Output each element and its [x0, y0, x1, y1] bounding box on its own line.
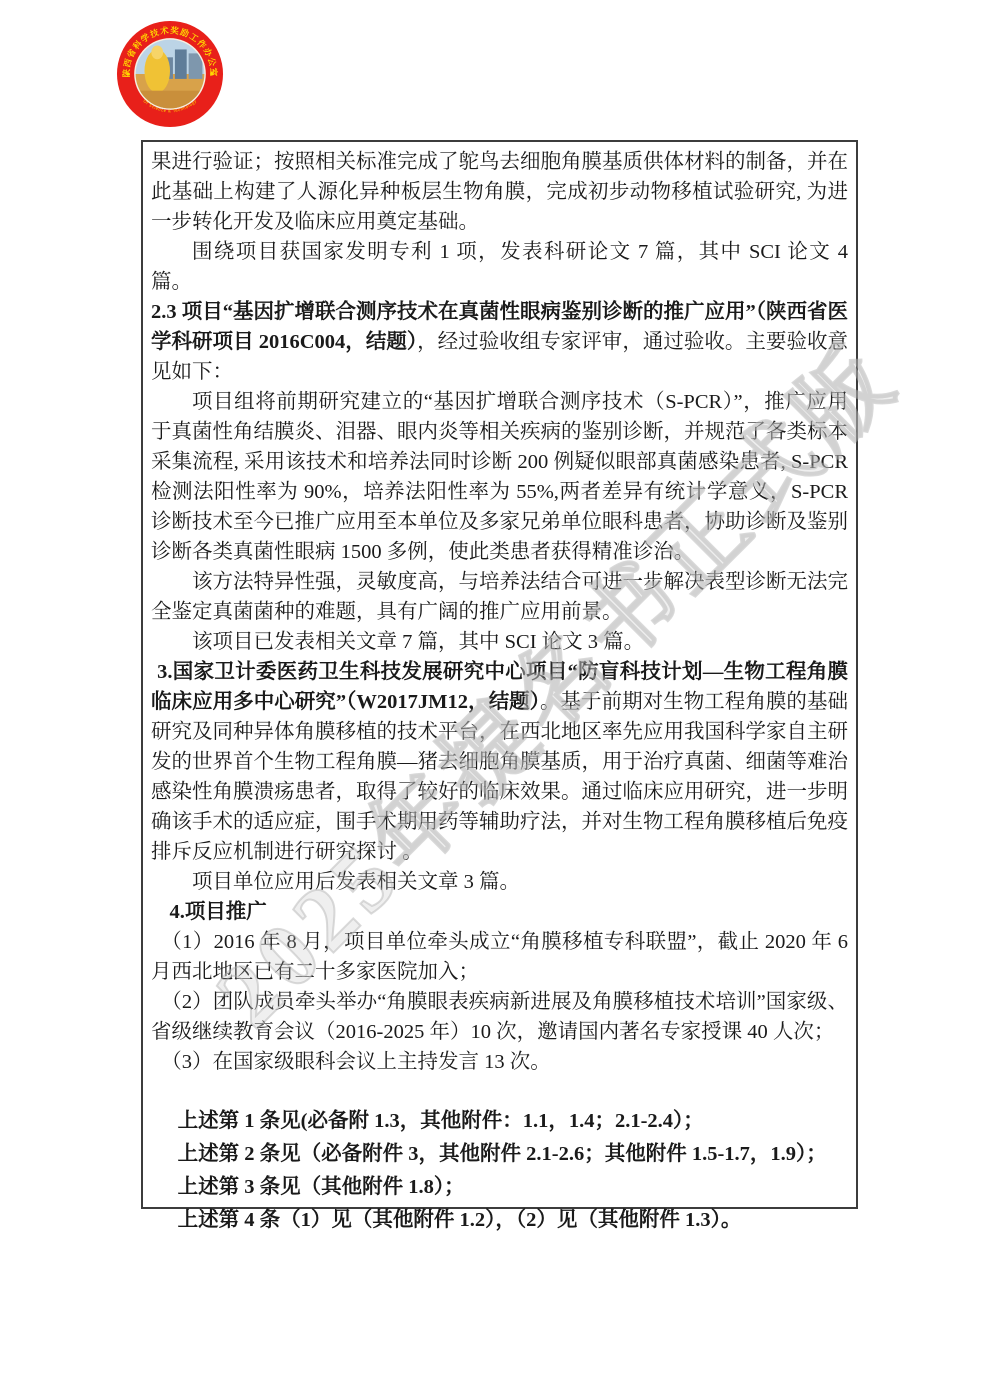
org-seal-logo: 陕西省科学技术奖励工作办公室 Of Science & Technology: [116, 20, 224, 128]
reference-text: 上述第 1 条见(必备附 1.3，其他附件：1.1，1.4；2.1-2.4）；: [178, 1110, 704, 1132]
paragraph-text: 项目单位应用后发表相关文章 3 篇。: [192, 871, 520, 893]
paragraph: 项目组将前期研究建立的“基因扩增联合测序技术（S-PCR）”，推广应用于真菌性角…: [151, 387, 848, 567]
attachment-references: 上述第 1 条见(必备附 1.3，其他附件：1.1，1.4；2.1-2.4）； …: [151, 1105, 848, 1237]
list-item: （1）2016 年 8 月，项目单位牵头成立“角膜移植专科联盟”，截止 2020…: [151, 927, 848, 987]
paragraph-text: 。基于前期对生物工程角膜的基础研究及同种异体角膜移植的技术平台，在西北地区率先应…: [151, 691, 848, 863]
paragraph-text: 该方法特异性强，灵敏度高，与培养法结合可进一步解决表型诊断无法完全鉴定真菌菌种的…: [151, 571, 848, 623]
paragraph: 项目单位应用后发表相关文章 3 篇。: [151, 867, 848, 897]
seal-graphic: 陕西省科学技术奖励工作办公室 Of Science & Technology: [116, 20, 224, 128]
reference-text: 上述第 3 条见（其他附件 1.8）；: [178, 1176, 465, 1198]
reference-text: 上述第 4 条（1）见（其他附件 1.2），（2）见（其他附件 1.3）。: [178, 1209, 742, 1231]
paragraph-text: （2）团队成员牵头举办“角膜眼表疾病新进展及角膜移植技术培训”国家级、省级继续教…: [151, 991, 848, 1043]
paragraph-text: （1）2016 年 8 月，项目单位牵头成立“角膜移植专科联盟”，截止 2020…: [151, 931, 848, 983]
reference-line: 上述第 2 条见（必备附件 3，其他附件 2.1-2.6；其他附件 1.5-1.…: [151, 1138, 848, 1171]
paragraph-text: 围绕项目获国家发明专利 1 项，发表科研论文 7 篇，其中 SCI 论文 4 篇…: [151, 241, 848, 293]
reference-line: 上述第 4 条（1）见（其他附件 1.2），（2）见（其他附件 1.3）。: [151, 1204, 848, 1237]
list-item: （2）团队成员牵头举办“角膜眼表疾病新进展及角膜移植技术培训”国家级、省级继续教…: [151, 987, 848, 1047]
reference-line: 上述第 1 条见(必备附 1.3，其他附件：1.1，1.4；2.1-2.4）；: [151, 1105, 848, 1138]
paragraph-text: 该项目已发表相关文章 7 篇，其中 SCI 论文 3 篇。: [192, 631, 644, 653]
paragraph-text: （3）在国家级眼科会议上主持发言 13 次。: [161, 1051, 551, 1073]
paragraph: 围绕项目获国家发明专利 1 项，发表科研论文 7 篇，其中 SCI 论文 4 篇…: [151, 237, 848, 297]
heading-bold-text: 4.项目推广: [169, 901, 266, 923]
list-item: （3）在国家级眼科会议上主持发言 13 次。: [151, 1047, 848, 1077]
content-box: 果进行验证；按照相关标准完成了鸵鸟去细胞角膜基质供体材料的制备，并在此基础上构建…: [141, 140, 858, 1209]
paragraph: 果进行验证；按照相关标准完成了鸵鸟去细胞角膜基质供体材料的制备，并在此基础上构建…: [151, 147, 848, 237]
reference-text: 上述第 2 条见（必备附件 3，其他附件 2.1-2.6；其他附件 1.5-1.…: [178, 1143, 827, 1165]
section-heading-3: 3.国家卫计委医药卫生科技发展研究中心项目“防盲科技计划—生物工程角膜临床应用多…: [151, 657, 848, 867]
section-heading-2-3: 2.3 项目“基因扩增联合测序技术在真菌性眼病鉴别诊断的推广应用”（陕西省医学科…: [151, 297, 848, 387]
paragraph-text: 果进行验证；按照相关标准完成了鸵鸟去细胞角膜基质供体材料的制备，并在此基础上构建…: [151, 151, 848, 233]
reference-line: 上述第 3 条见（其他附件 1.8）；: [151, 1171, 848, 1204]
paragraph: 该方法特异性强，灵敏度高，与培养法结合可进一步解决表型诊断无法完全鉴定真菌菌种的…: [151, 567, 848, 627]
section-heading-4: 4.项目推广: [151, 897, 848, 927]
paragraph: 该项目已发表相关文章 7 篇，其中 SCI 论文 3 篇。: [151, 627, 848, 657]
document-page: 陕西省科学技术奖励工作办公室 Of Science & Technology 2…: [0, 0, 990, 1399]
paragraph-text: 项目组将前期研究建立的“基因扩增联合测序技术（S-PCR）”，推广应用于真菌性角…: [151, 391, 848, 563]
